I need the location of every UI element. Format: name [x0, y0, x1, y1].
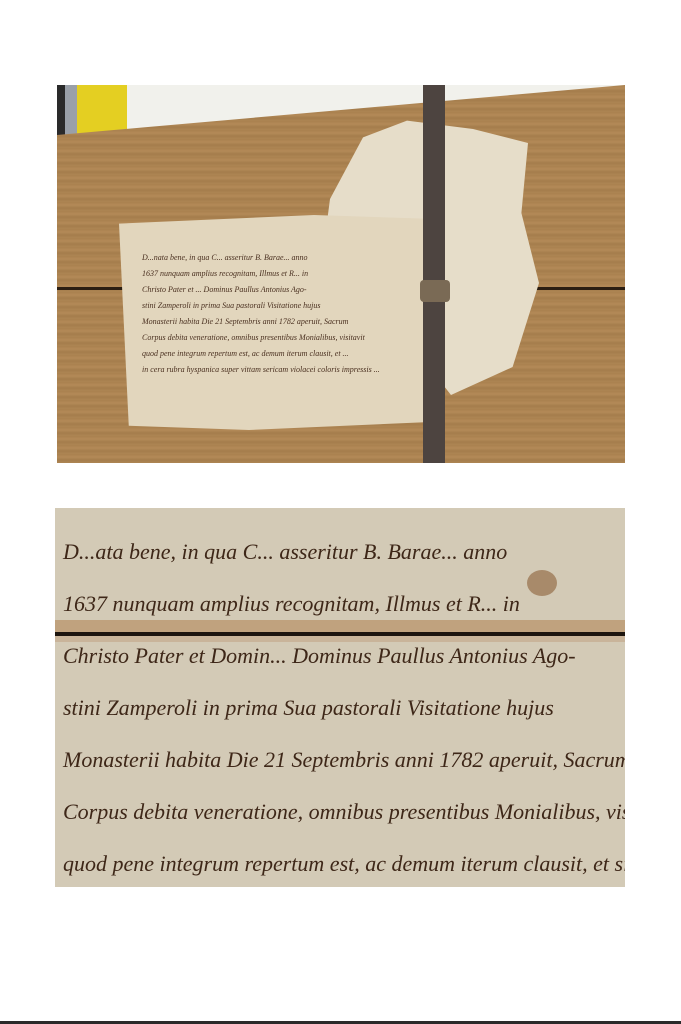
hinge-icon [420, 280, 450, 302]
inscription-detail: D...ata bene, in qua C... asseritur B. B… [63, 526, 625, 887]
inscription-overview: D...nata bene, in qua C... asseritur B. … [142, 250, 380, 378]
inscription-line: 1637 nunquam amplius recognitam, Illmus … [142, 266, 380, 282]
inscription-line: D...ata bene, in qua C... asseritur B. B… [63, 526, 625, 578]
metal-strap [423, 85, 445, 463]
inscription-line: stini Zamperoli in prima Sua pastorali V… [63, 682, 625, 734]
inscription-line: in cera rubra hyspanica super vittam ser… [142, 362, 380, 378]
inscription-line: stini Zamperoli in prima Sua pastorali V… [142, 298, 380, 314]
inscription-line: Corpus debita veneratione, omnibus prese… [63, 786, 625, 838]
inscription-line: quod pene integrum repertum est, ac demu… [63, 838, 625, 887]
inscription-line: Monasterii habita Die 21 Septembris anni… [142, 314, 380, 330]
inscription-line: Christo Pater et Domin... Dominus Paullu… [63, 630, 625, 682]
inscription-line: Christo Pater et ... Dominus Paullus Ant… [142, 282, 380, 298]
inscription-line: 1637 nunquam amplius recognitam, Illmus … [63, 578, 625, 630]
background-scene [57, 85, 625, 135]
inscription-line: quod pene integrum repertum est, ac demu… [142, 346, 380, 362]
photo-overview: D...nata bene, in qua C... asseritur B. … [57, 85, 625, 463]
inscription-line: Corpus debita veneratione, omnibus prese… [142, 330, 380, 346]
inscription-line: D...nata bene, in qua C... asseritur B. … [142, 250, 380, 266]
inscription-line: Monasterii habita Die 21 Septembris anni… [63, 734, 625, 786]
photo-detail: D...ata bene, in qua C... asseritur B. B… [55, 508, 625, 887]
